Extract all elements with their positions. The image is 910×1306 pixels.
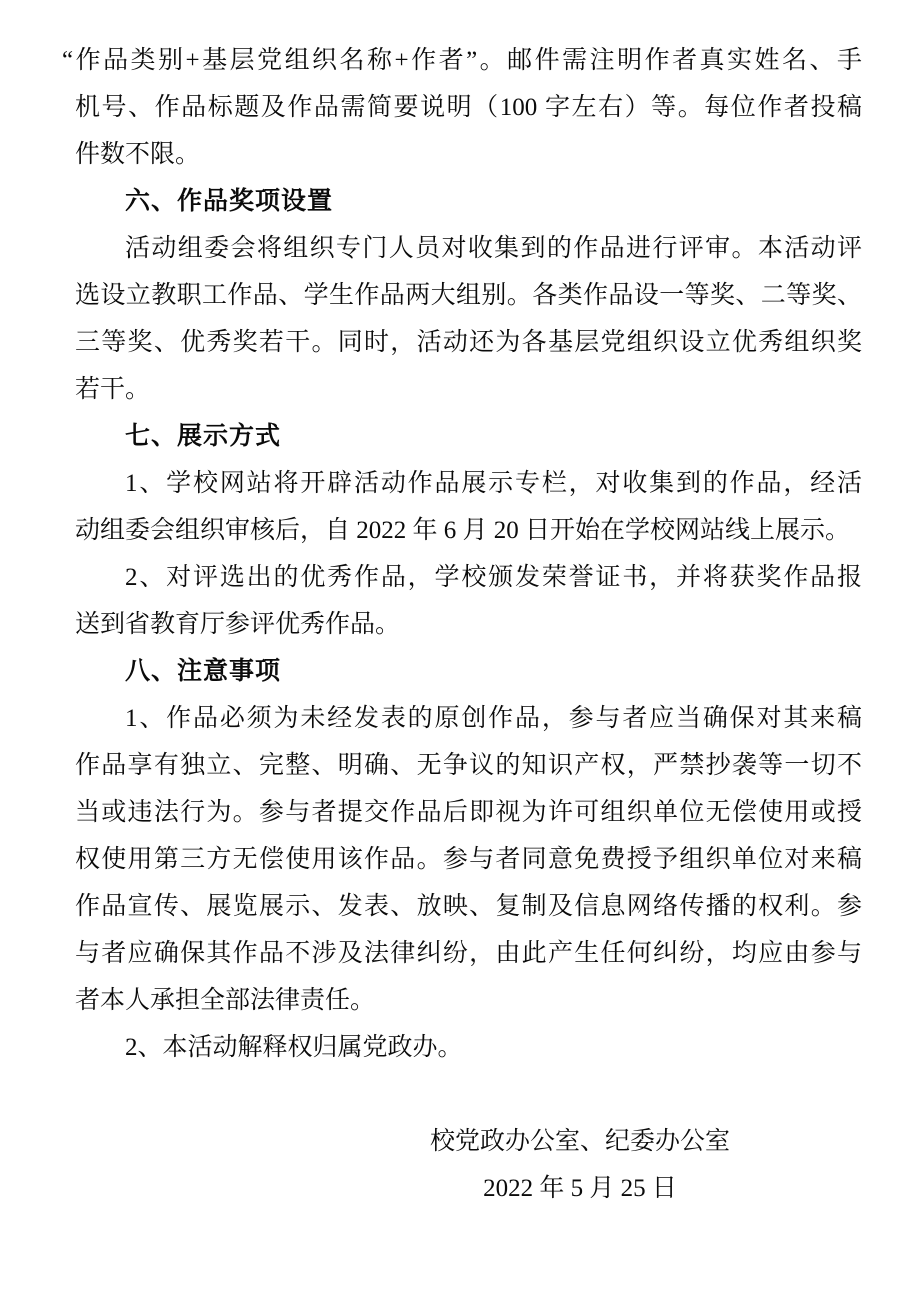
- signature-org: 校党政办公室、纪委办公室: [298, 1118, 862, 1165]
- paragraph: 活动组委会将组织专门人员对收集到的作品进行评审。本活动评选设立教职工作品、学生作…: [75, 225, 862, 413]
- text-line: 动组委会组织审核后，自 2022 年 6 月 20 日开始在学校网站线上展示。: [75, 507, 862, 554]
- text-line: 活动组委会将组织专门人员对收集到的作品进行评审。本活动评: [75, 225, 862, 272]
- text-line: 当或违法行为。参与者提交作品后即视为许可组织单位无偿使用或授: [75, 789, 862, 836]
- text-line: 若干。: [75, 366, 862, 413]
- text-line: 送到省教育厅参评优秀作品。: [75, 601, 862, 648]
- text-line: 作品宣传、展览展示、发表、放映、复制及信息网络传播的权利。参: [75, 883, 862, 930]
- text-line: 机号、作品标题及作品需简要说明（100 字左右）等。每位作者投稿: [75, 84, 862, 131]
- paragraph: “作品类别+基层党组织名称+作者”。邮件需注明作者真实姓名、手机号、作品标题及作…: [75, 37, 862, 178]
- text-line: 八、注意事项: [75, 648, 862, 695]
- paragraph: 2、本活动解释权归属党政办。: [75, 1024, 862, 1071]
- document-body: “作品类别+基层党组织名称+作者”。邮件需注明作者真实姓名、手机号、作品标题及作…: [75, 37, 862, 1071]
- text-line: 件数不限。: [75, 131, 862, 178]
- text-line: 三等奖、优秀奖若干。同时，活动还为各基层党组织设立优秀组织奖: [75, 319, 862, 366]
- text-line: 1、学校网站将开辟活动作品展示专栏，对收集到的作品，经活: [75, 460, 862, 507]
- text-line: 者本人承担全部法律责任。: [75, 977, 862, 1024]
- paragraph: 2、对评选出的优秀作品，学校颁发荣誉证书，并将获奖作品报送到省教育厅参评优秀作品…: [75, 554, 862, 648]
- signature-block: 校党政办公室、纪委办公室 2022 年 5 月 25 日: [75, 1118, 862, 1212]
- text-line: 选设立教职工作品、学生作品两大组别。各类作品设一等奖、二等奖、: [75, 272, 862, 319]
- text-line: 2、本活动解释权归属党政办。: [75, 1024, 862, 1071]
- text-line: 六、作品奖项设置: [75, 178, 862, 225]
- text-line: 权使用第三方无偿使用该作品。参与者同意免费授予组织单位对来稿: [75, 836, 862, 883]
- document-content: “作品类别+基层党组织名称+作者”。邮件需注明作者真实姓名、手机号、作品标题及作…: [75, 37, 862, 1212]
- document-page: “作品类别+基层党组织名称+作者”。邮件需注明作者真实姓名、手机号、作品标题及作…: [0, 0, 910, 1306]
- text-line: 2、对评选出的优秀作品，学校颁发荣誉证书，并将获奖作品报: [75, 554, 862, 601]
- text-line: “作品类别+基层党组织名称+作者”。邮件需注明作者真实姓名、手: [75, 37, 862, 84]
- paragraph: 1、作品必须为未经发表的原创作品，参与者应当确保对其来稿作品享有独立、完整、明确…: [75, 695, 862, 1024]
- section-heading: 八、注意事项: [75, 648, 862, 695]
- section-heading: 七、展示方式: [75, 413, 862, 460]
- section-heading: 六、作品奖项设置: [75, 178, 862, 225]
- text-line: 作品享有独立、完整、明确、无争议的知识产权，严禁抄袭等一切不: [75, 742, 862, 789]
- signature-date: 2022 年 5 月 25 日: [298, 1165, 862, 1212]
- text-line: 与者应确保其作品不涉及法律纠纷，由此产生任何纠纷，均应由参与: [75, 930, 862, 977]
- paragraph: 1、学校网站将开辟活动作品展示专栏，对收集到的作品，经活动组委会组织审核后，自 …: [75, 460, 862, 554]
- text-line: 1、作品必须为未经发表的原创作品，参与者应当确保对其来稿: [75, 695, 862, 742]
- text-line: 七、展示方式: [75, 413, 862, 460]
